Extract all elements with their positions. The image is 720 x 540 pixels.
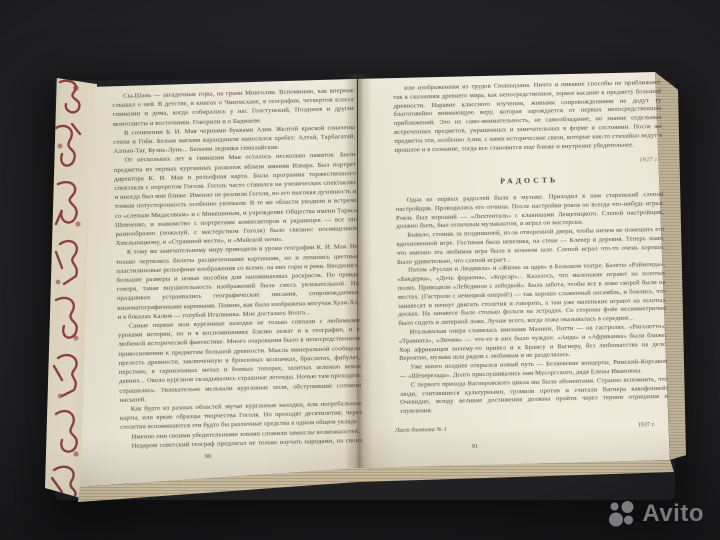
book-photo: Сы-Шань — загадочные горы, на грани Монг… bbox=[0, 0, 720, 540]
paragraph: Сы-Шань — загадочные горы, на грани Монг… bbox=[112, 86, 355, 129]
paragraph: Потом «Руслан и Людмила» и «Жизнь за цар… bbox=[397, 261, 666, 329]
right-page-number: 91 bbox=[455, 443, 495, 451]
paragraph: С первого прихода Вагнеровского цикла мы… bbox=[400, 376, 669, 417]
avito-watermark: Avito bbox=[608, 500, 704, 528]
essay-end-date: 1937 г. bbox=[638, 421, 655, 428]
essay-source: Лист дневника № 1 bbox=[395, 426, 447, 434]
essay-date: 1927 г. bbox=[395, 156, 659, 171]
avito-logo-icon bbox=[608, 500, 636, 528]
paragraph: или изображениям из трудов Сюаньцзана. Н… bbox=[393, 79, 663, 155]
paragraph: Бывало, стоишь за позднишней, из-за отво… bbox=[396, 226, 665, 267]
left-page-number: 90 bbox=[188, 453, 228, 461]
paragraph: Самые первые мои курганные находки не то… bbox=[118, 316, 362, 405]
paragraph: Одна из первых радостей была в музыке. П… bbox=[396, 191, 665, 232]
left-page-text: Сы-Шань — загадочные горы, на грани Монг… bbox=[112, 86, 363, 452]
chapter-heading: РАДОСТЬ bbox=[395, 174, 663, 189]
paragraph: От нескольких лет в гимназии Мая осталос… bbox=[114, 150, 358, 248]
paragraph: К тому же замечательному миру приводили … bbox=[116, 242, 360, 322]
watermark-label: Avito bbox=[642, 500, 704, 528]
right-page-text: или изображениям из трудов Сюаньцзана. Н… bbox=[393, 79, 669, 435]
paragraph: Итальянская опера славилась именами Мази… bbox=[399, 323, 668, 364]
